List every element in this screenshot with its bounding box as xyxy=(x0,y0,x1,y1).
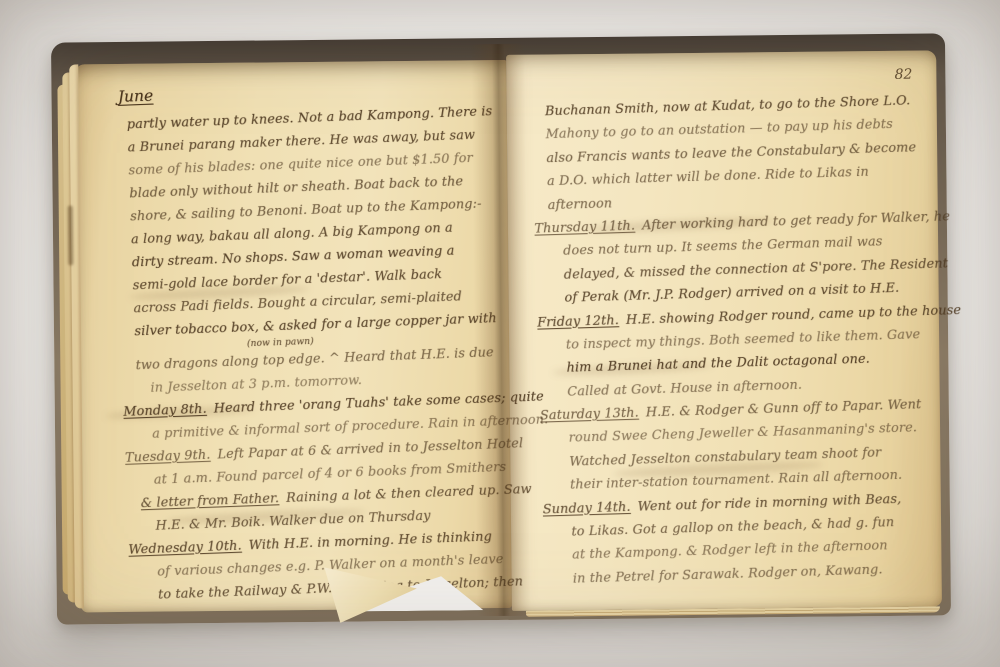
line-text: afternoon xyxy=(547,196,612,213)
entry-date: Sunday 14th. xyxy=(542,500,630,518)
entry-date: Saturday 13th. xyxy=(539,406,638,424)
entry-date: Tuesday 9th. xyxy=(125,448,211,466)
photograph-of-open-diary: June partly water up to knees. Not a bad… xyxy=(0,0,1000,667)
entry-date: Friday 12th. xyxy=(536,313,618,330)
page-edge-stack xyxy=(57,64,83,608)
right-page-lines: Buchanan Smith, now at Kudat, to go to t… xyxy=(530,89,937,592)
right-page: 82 Buchanan Smith, now at Kudat, to go t… xyxy=(506,50,942,610)
ink-smudge xyxy=(68,206,74,266)
line-text: Called at Govt. House in afternoon. xyxy=(567,377,802,399)
left-page: June partly water up to knees. Not a bad… xyxy=(75,60,511,612)
right-page-content: Buchanan Smith, now at Kudat, to go to t… xyxy=(530,89,937,592)
line-text: Went out for ride in morning with Beas, xyxy=(637,492,901,515)
page-spread: June partly water up to knees. Not a bad… xyxy=(75,46,942,615)
page-number: 82 xyxy=(894,67,912,83)
left-page-content: June partly water up to knees. Not a bad… xyxy=(111,74,516,608)
left-page-lines: partly water up to knees. Not a bad Kamp… xyxy=(112,100,516,608)
entry-date: Wednesday 10th. xyxy=(128,539,242,558)
line-text: in the Petrel for Sarawak. Rodger on, Ka… xyxy=(572,562,882,586)
entry-date: Monday 8th. xyxy=(123,402,207,420)
entry-date: & letter from Father. xyxy=(140,491,279,511)
entry-date: Thursday 11th. xyxy=(534,219,635,237)
open-notebook: June partly water up to knees. Not a bad… xyxy=(51,33,951,624)
